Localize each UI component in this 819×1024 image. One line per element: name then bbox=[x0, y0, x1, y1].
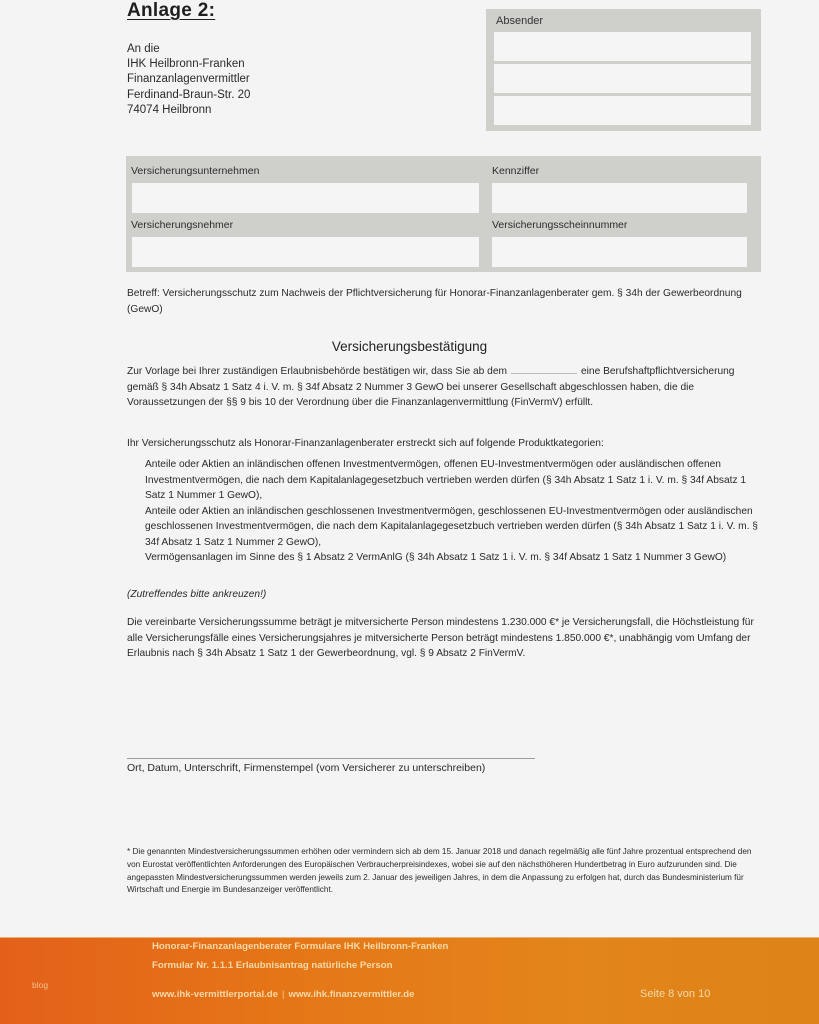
footer-divider bbox=[0, 937, 819, 938]
footnote: * Die genannten Mindestversicherungssumm… bbox=[127, 846, 759, 897]
recipient-line: Ferdinand-Braun-Str. 20 bbox=[127, 88, 250, 103]
insurance-company-field[interactable] bbox=[132, 183, 479, 213]
check-hint: (Zutreffendes bitte ankreuzen!) bbox=[127, 587, 266, 603]
recipient-line: Finanzanlagenvermittler bbox=[127, 72, 250, 87]
recipient-line: IHK Heilbronn-Franken bbox=[127, 57, 250, 72]
sum-insured-paragraph: Die vereinbarte Versicherungssumme beträ… bbox=[127, 615, 759, 662]
footer-bar: Honorar-Finanzanlagenberater Formulare I… bbox=[0, 937, 819, 1024]
page-title: Anlage 2: bbox=[127, 0, 215, 22]
policy-number-field[interactable] bbox=[492, 237, 747, 267]
recipient-address: An die IHK Heilbronn-Franken Finanzanlag… bbox=[127, 42, 250, 118]
coverage-intro: Ihr Versicherungsschutz als Honorar-Fina… bbox=[127, 436, 759, 452]
start-date-field[interactable] bbox=[511, 364, 577, 374]
footer-title: Honorar-Finanzanlagenberater Formulare I… bbox=[152, 941, 448, 952]
sender-label: Absender bbox=[496, 15, 543, 27]
sender-box: Absender bbox=[486, 9, 761, 131]
signature-line[interactable] bbox=[127, 758, 535, 759]
policy-holder-label: Versicherungsnehmer bbox=[131, 219, 233, 231]
page-number: Seite 8 von 10 bbox=[640, 988, 710, 1000]
confirmation-heading: Versicherungsbestätigung bbox=[0, 339, 819, 354]
product-category-item[interactable]: Anteile oder Aktien an inländischen offe… bbox=[145, 457, 759, 504]
code-label: Kennziffer bbox=[492, 165, 539, 177]
policy-holder-field[interactable] bbox=[132, 237, 479, 267]
footer-link-vermittlerportal[interactable]: www.ihk-vermittlerportal.de bbox=[152, 989, 278, 1000]
code-field[interactable] bbox=[492, 183, 747, 213]
signature-label: Ort, Datum, Unterschrift, Firmenstempel … bbox=[127, 762, 485, 774]
insurance-details-box: Versicherungsunternehmen Kennziffer Vers… bbox=[126, 156, 761, 272]
product-category-item[interactable]: Vermögensanlagen im Sinne des § 1 Absatz… bbox=[145, 550, 759, 566]
subject-line: Betreff: Versicherungsschutz zum Nachwei… bbox=[127, 286, 759, 317]
watermark-text: blog bbox=[32, 980, 48, 990]
product-category-list: Anteile oder Aktien an inländischen offe… bbox=[145, 457, 759, 566]
link-separator: | bbox=[282, 989, 285, 1000]
recipient-line: 74074 Heilbronn bbox=[127, 103, 250, 118]
footer-link-finanzvermittler[interactable]: www.ihk.finanzvermittler.de bbox=[289, 989, 415, 1000]
sender-field-3[interactable] bbox=[494, 96, 751, 125]
footer-form-number: Formular Nr. 1.1.1 Erlaubnisantrag natür… bbox=[152, 960, 392, 971]
sender-field-2[interactable] bbox=[494, 64, 751, 93]
paragraph-text: Zur Vorlage bei Ihrer zuständigen Erlaub… bbox=[127, 366, 507, 377]
recipient-line: An die bbox=[127, 42, 250, 57]
product-category-item[interactable]: Anteile oder Aktien an inländischen gesc… bbox=[145, 504, 759, 551]
policy-number-label: Versicherungsscheinnummer bbox=[492, 219, 627, 231]
confirmation-paragraph: Zur Vorlage bei Ihrer zuständigen Erlaub… bbox=[127, 364, 759, 411]
footer-links: www.ihk-vermittlerportal.de|www.ihk.fina… bbox=[152, 989, 415, 1000]
insurance-company-label: Versicherungsunternehmen bbox=[131, 165, 259, 177]
sender-field-1[interactable] bbox=[494, 32, 751, 61]
